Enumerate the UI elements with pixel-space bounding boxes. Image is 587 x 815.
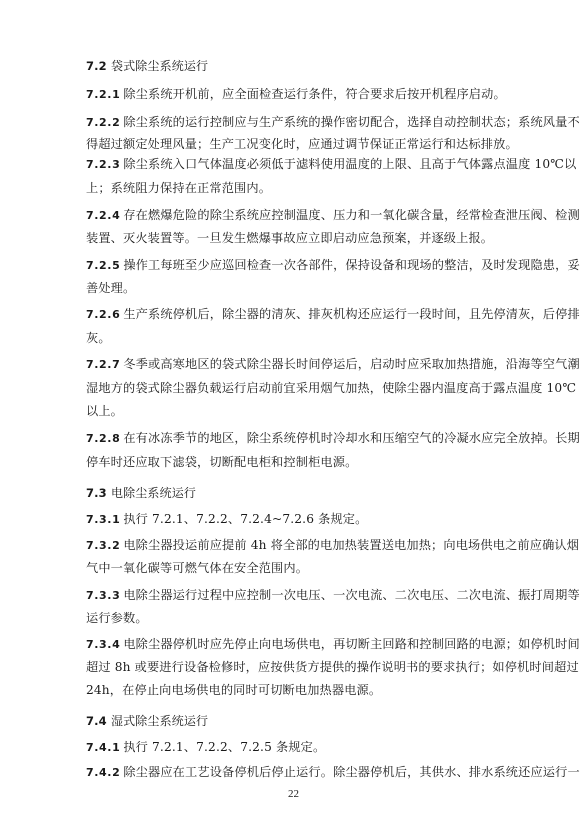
clause-7-4-1: 7.4.1执行 7.2.1、7.2.2、7.2.5 条规定。 bbox=[86, 739, 506, 756]
page-number: 22 bbox=[0, 788, 587, 800]
clause-7-2-6-cont: 灰。 bbox=[86, 330, 506, 346]
clause-7-3-3-cont: 运行参数。 bbox=[86, 610, 506, 626]
clause-text: 电除尘器停机时应先停止向电场供电，再切断主回路和控制回路的电源；如停机时间 bbox=[123, 637, 580, 651]
clause-7-3-4: 7.3.4电除尘器停机时应先停止向电场供电，再切断主回路和控制回路的电源；如停机… bbox=[86, 636, 506, 653]
clause-number: 7.2.8 bbox=[86, 432, 120, 445]
clause-7-3-2: 7.3.2电除尘器投运前应提前 4h 将全部的电加热装置送电加热；向电场供电之前… bbox=[86, 537, 506, 554]
clause-7-3-1: 7.3.1执行 7.2.1、7.2.2、7.2.4~7.2.6 条规定。 bbox=[86, 511, 506, 528]
clause-number: 7.2.4 bbox=[86, 209, 120, 222]
clause-text: 执行 7.2.1、7.2.2、7.2.5 条规定。 bbox=[123, 740, 325, 754]
section-title: 袋式除尘系统运行 bbox=[111, 59, 208, 73]
clause-text: 善处理。 bbox=[86, 281, 135, 295]
clause-number: 7.2.1 bbox=[86, 88, 120, 101]
clause-text: 湿地方的袋式除尘器负载运行启动前宜采用烟气加热，使除尘器内温度高于露点温度 10… bbox=[86, 381, 576, 395]
section-heading-7-3: 7.3 电除尘系统运行 bbox=[86, 485, 506, 501]
clause-text: 以上。 bbox=[86, 404, 123, 418]
clause-7-3-2-cont: 气中一氧化碳等可燃气体在安全范围内。 bbox=[86, 560, 506, 576]
clause-text: 操作工每班至少应巡回检查一次各部件，保持设备和现场的整洁，及时发现隐患，妥 bbox=[123, 258, 580, 272]
clause-7-2-6: 7.2.6生产系统停机后，除尘器的清灰、排灰机构还应运行一段时间，且先停清灰，后… bbox=[86, 306, 506, 323]
clause-number: 7.2.6 bbox=[86, 308, 120, 321]
clause-text: 除尘器应在工艺设备停机后停止运行。除尘器停机后，其供水、排水系统还应运行一 bbox=[123, 765, 580, 779]
clause-text: 电除尘器投运前应提前 4h 将全部的电加热装置送电加热；向电场供电之前应确认烟 bbox=[123, 538, 579, 552]
clause-7-2-3: 7.2.3除尘系统入口气体温度必须低于滤料使用温度的上限、且高于气体露点温度 1… bbox=[86, 156, 506, 173]
section-title: 湿式除尘系统运行 bbox=[111, 714, 208, 728]
clause-7-2-2: 7.2.2除尘系统的运行控制应与生产系统的操作密切配合，选择自动控制状态；系统风… bbox=[86, 114, 506, 131]
clause-text: 灰。 bbox=[86, 331, 111, 345]
clause-number: 7.2.3 bbox=[86, 158, 120, 171]
clause-7-3-4-cont2: 24h，在停止向电场供电的同时可切断电加热器电源。 bbox=[86, 682, 506, 698]
clause-7-2-8: 7.2.8在有冰冻季节的地区，除尘系统停机时冷却水和压缩空气的冷凝水应完全放掉。… bbox=[86, 430, 506, 447]
clause-7-3-4-cont: 超过 8h 或要进行设备检修时，应按供货方提供的操作说明书的要求执行；如停机时间… bbox=[86, 659, 506, 675]
clause-text: 执行 7.2.1、7.2.2、7.2.4~7.2.6 条规定。 bbox=[123, 512, 367, 526]
clause-7-2-8-cont: 停车时还应取下滤袋，切断配电柜和控制柜电源。 bbox=[86, 454, 506, 470]
document-page: 7.2 袋式除尘系统运行 7.2.1除尘系统开机前，应全面检查运行条件，符合要求… bbox=[0, 0, 587, 815]
clause-text: 存在燃爆危险的除尘系统应控制温度、压力和一氧化碳含量，经常检查泄压阀、检测 bbox=[123, 208, 580, 222]
section-heading-7-2: 7.2 袋式除尘系统运行 bbox=[86, 58, 506, 74]
clause-7-2-7: 7.2.7冬季或高寒地区的袋式除尘器长时间停运后，启动时应采取加热措施，沿海等空… bbox=[86, 356, 506, 373]
section-title: 电除尘系统运行 bbox=[111, 486, 196, 500]
clause-number: 7.4.2 bbox=[86, 766, 120, 779]
clause-number: 7.3.3 bbox=[86, 589, 120, 602]
clause-number: 7.2.7 bbox=[86, 358, 120, 371]
clause-text: 运行参数。 bbox=[86, 611, 148, 625]
clause-text: 装置、灭火装置等。一旦发生燃爆事故应立即启动应急预案，并逐级上报。 bbox=[86, 231, 493, 245]
clause-number: 7.4.1 bbox=[86, 741, 120, 754]
clause-7-2-2-cont: 得超过额定处理风量；生产工况变化时，应通过调节保证正常运行和达标排放。 bbox=[86, 136, 506, 152]
clause-text: 除尘系统开机前，应全面检查运行条件，符合要求后按开机程序启动。 bbox=[123, 87, 505, 101]
clause-7-2-1: 7.2.1除尘系统开机前，应全面检查运行条件，符合要求后按开机程序启动。 bbox=[86, 86, 506, 103]
clause-7-2-5: 7.2.5操作工每班至少应巡回检查一次各部件，保持设备和现场的整洁，及时发现隐患… bbox=[86, 257, 506, 274]
clause-number: 7.3.1 bbox=[86, 513, 120, 526]
clause-text: 除尘系统的运行控制应与生产系统的操作密切配合，选择自动控制状态；系统风量不 bbox=[123, 115, 580, 129]
clause-7-2-4: 7.2.4存在燃爆危险的除尘系统应控制温度、压力和一氧化碳含量，经常检查泄压阀、… bbox=[86, 207, 506, 224]
clause-7-2-3-cont: 上；系统阻力保持在正常范围内。 bbox=[86, 180, 506, 196]
clause-number: 7.3.4 bbox=[86, 638, 120, 651]
clause-text: 24h，在停止向电场供电的同时可切断电加热器电源。 bbox=[86, 683, 381, 697]
clause-text: 在有冰冻季节的地区，除尘系统停机时冷却水和压缩空气的冷凝水应完全放掉。长期 bbox=[123, 431, 580, 445]
clause-text: 气中一氧化碳等可燃气体在安全范围内。 bbox=[86, 561, 308, 575]
section-number: 7.2 bbox=[86, 59, 107, 73]
clause-7-2-4-cont: 装置、灭火装置等。一旦发生燃爆事故应立即启动应急预案，并逐级上报。 bbox=[86, 230, 506, 246]
clause-7-2-5-cont: 善处理。 bbox=[86, 280, 506, 296]
section-number: 7.3 bbox=[86, 486, 107, 500]
clause-number: 7.2.5 bbox=[86, 259, 120, 272]
section-number: 7.4 bbox=[86, 714, 107, 728]
clause-number: 7.3.2 bbox=[86, 539, 120, 552]
clause-7-2-7-cont: 湿地方的袋式除尘器负载运行启动前宜采用烟气加热，使除尘器内温度高于露点温度 10… bbox=[86, 380, 506, 396]
clause-text: 除尘系统入口气体温度必须低于滤料使用温度的上限、且高于气体露点温度 10℃以 bbox=[123, 157, 576, 171]
clause-text: 得超过额定处理风量；生产工况变化时，应通过调节保证正常运行和达标排放。 bbox=[86, 137, 518, 151]
clause-text: 超过 8h 或要进行设备检修时，应按供货方提供的操作说明书的要求执行；如停机时间… bbox=[86, 660, 579, 674]
clause-7-2-7-cont2: 以上。 bbox=[86, 403, 506, 419]
clause-text: 停车时还应取下滤袋，切断配电柜和控制柜电源。 bbox=[86, 455, 357, 469]
clause-text: 上；系统阻力保持在正常范围内。 bbox=[86, 181, 271, 195]
clause-text: 电除尘器运行过程中应控制一次电压、一次电流、二次电压、二次电流、振打周期等 bbox=[123, 588, 580, 602]
clause-number: 7.2.2 bbox=[86, 116, 120, 129]
clause-7-3-3: 7.3.3电除尘器运行过程中应控制一次电压、一次电流、二次电压、二次电流、振打周… bbox=[86, 587, 506, 604]
clause-text: 生产系统停机后，除尘器的清灰、排灰机构还应运行一段时间，且先停清灰，后停排 bbox=[123, 307, 580, 321]
clause-7-4-2: 7.4.2除尘器应在工艺设备停机后停止运行。除尘器停机后，其供水、排水系统还应运… bbox=[86, 764, 506, 781]
section-heading-7-4: 7.4 湿式除尘系统运行 bbox=[86, 713, 506, 729]
clause-text: 冬季或高寒地区的袋式除尘器长时间停运后，启动时应采取加热措施，沿海等空气潮 bbox=[123, 357, 580, 371]
